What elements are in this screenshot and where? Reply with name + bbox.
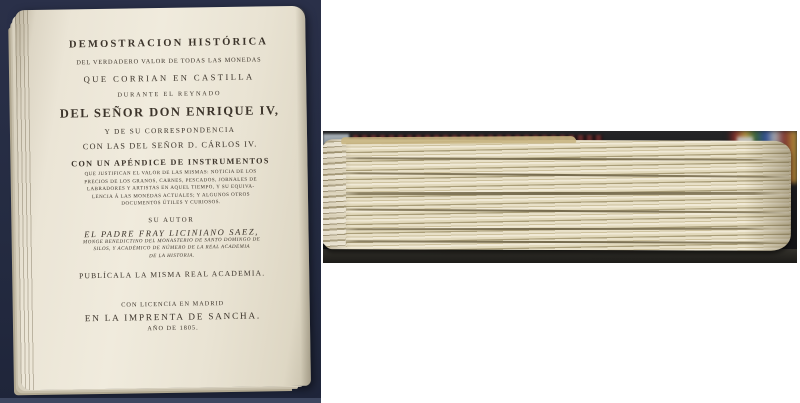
table-surface — [323, 249, 797, 263]
paper-seam — [332, 192, 781, 195]
paper-stack-top-sheet — [341, 136, 576, 144]
paper-seam — [332, 228, 772, 231]
appendix-heading: CON UN APÉNDICE DE INSTRUMENTOS — [45, 156, 295, 169]
paper-seam — [332, 172, 791, 178]
paper-seam — [332, 157, 777, 161]
paper-stack — [323, 139, 791, 251]
publisher-line: PUBLÍCALA LA MISMA REAL ACADEMIA. — [47, 268, 297, 281]
paper-seam — [332, 240, 781, 244]
imprint-printer: EN LA IMPRENTA DE SANCHA. — [48, 310, 298, 324]
photo-bottom-strip — [0, 398, 321, 403]
book-listing-images: DEMOSTRACION HISTÓRICA DEL VERDADERO VAL… — [0, 0, 800, 403]
page-edges — [15, 10, 36, 390]
author-heading: SU AUTOR — [46, 214, 296, 225]
title-line-main: DEMOSTRACION HISTÓRICA — [44, 36, 294, 51]
text-block-photo — [323, 131, 797, 263]
paper-stack-left-end — [323, 141, 346, 247]
imprint-license: CON LICENCIA EN MADRID — [48, 299, 298, 310]
title-page-photo: DEMOSTRACION HISTÓRICA DEL VERDADERO VAL… — [0, 0, 321, 403]
subtitle-line-3: DURANTE EL REYNADO — [44, 89, 294, 100]
correspondence-line-1: Y DE SU CORRESPONDENCIA — [45, 125, 295, 137]
imprint-year: AÑO DE 1805. — [48, 323, 298, 334]
title-page-text: DEMOSTRACION HISTÓRICA DEL VERDADERO VAL… — [44, 36, 299, 334]
subtitle-line-2: QUE CORRIAN EN CASTILLA — [44, 71, 294, 85]
king-title-line: DEL SEÑOR DON ENRIQUE IV, — [45, 103, 295, 122]
correspondence-line-2: CON LAS DEL SEÑOR D. CÁRLOS IV. — [45, 139, 295, 152]
paper-seam — [332, 208, 786, 213]
subtitle-line-1: DEL VERDADERO VALOR DE TODAS LAS MONEDAS — [44, 56, 294, 67]
book-title-page: DEMOSTRACION HISTÓRICA DEL VERDADERO VAL… — [15, 6, 311, 391]
